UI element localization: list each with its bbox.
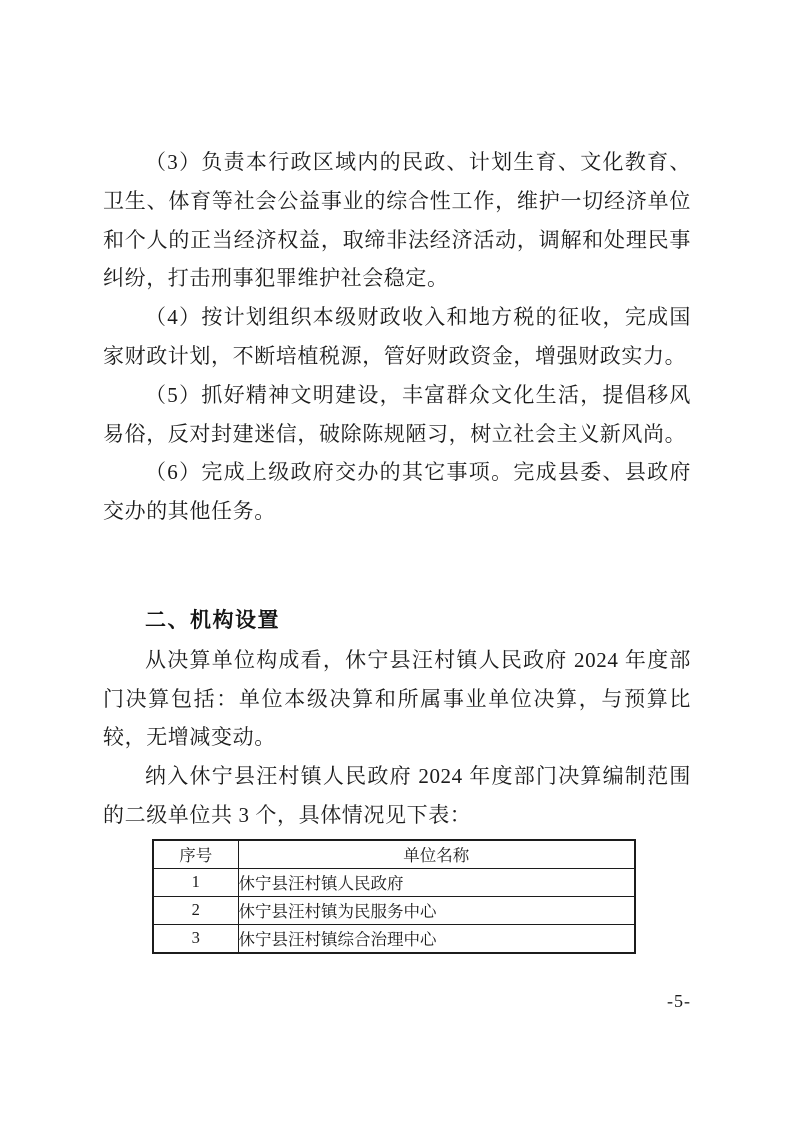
table-cell-index: 1 xyxy=(153,868,238,896)
units-table: 序号 单位名称 1 休宁县汪村镇人民政府 2 休宁县汪村镇为民服务中心 3 休宁… xyxy=(152,839,636,954)
page-number: -5- xyxy=(667,991,691,1012)
section-paragraph-composition: 从决算单位构成看，休宁县汪村镇人民政府 2024 年度部门决算包括：单位本级决算… xyxy=(103,641,691,757)
table-header-row: 序号 单位名称 xyxy=(153,840,635,869)
table-cell-unit-name: 休宁县汪村镇综合治理中心 xyxy=(238,924,635,953)
table-cell-index: 3 xyxy=(153,924,238,953)
duty-paragraph-4: （4）按计划组织本级财政收入和地方税的征收，完成国家财政计划，不断培植税源，管好… xyxy=(103,298,691,376)
table-row: 1 休宁县汪村镇人民政府 xyxy=(153,868,635,896)
table-row: 3 休宁县汪村镇综合治理中心 xyxy=(153,924,635,953)
table-header-index: 序号 xyxy=(153,840,238,869)
document-page: （3）负责本行政区域内的民政、计划生育、文化教育、卫生、体育等社会公益事业的综合… xyxy=(0,0,793,1122)
table-row: 2 休宁县汪村镇为民服务中心 xyxy=(153,896,635,924)
table-cell-unit-name: 休宁县汪村镇为民服务中心 xyxy=(238,896,635,924)
table-cell-index: 2 xyxy=(153,896,238,924)
section-heading-organization-setup: 二、机构设置 xyxy=(103,602,691,641)
duty-paragraph-3: （3）负责本行政区域内的民政、计划生育、文化教育、卫生、体育等社会公益事业的综合… xyxy=(103,143,691,298)
document-content: （3）负责本行政区域内的民政、计划生育、文化教育、卫生、体育等社会公益事业的综合… xyxy=(103,143,691,954)
table-cell-unit-name: 休宁县汪村镇人民政府 xyxy=(238,868,635,896)
duty-paragraph-5: （5）抓好精神文明建设，丰富群众文化生活，提倡移风易俗，反对封建迷信，破除陈规陋… xyxy=(103,376,691,454)
section-paragraph-scope: 纳入休宁县汪村镇人民政府 2024 年度部门决算编制范围的二级单位共 3 个，具… xyxy=(103,757,691,835)
duty-paragraph-6: （6）完成上级政府交办的其它事项。完成县委、县政府交办的其他任务。 xyxy=(103,453,691,531)
table-header-unit-name: 单位名称 xyxy=(238,840,635,869)
